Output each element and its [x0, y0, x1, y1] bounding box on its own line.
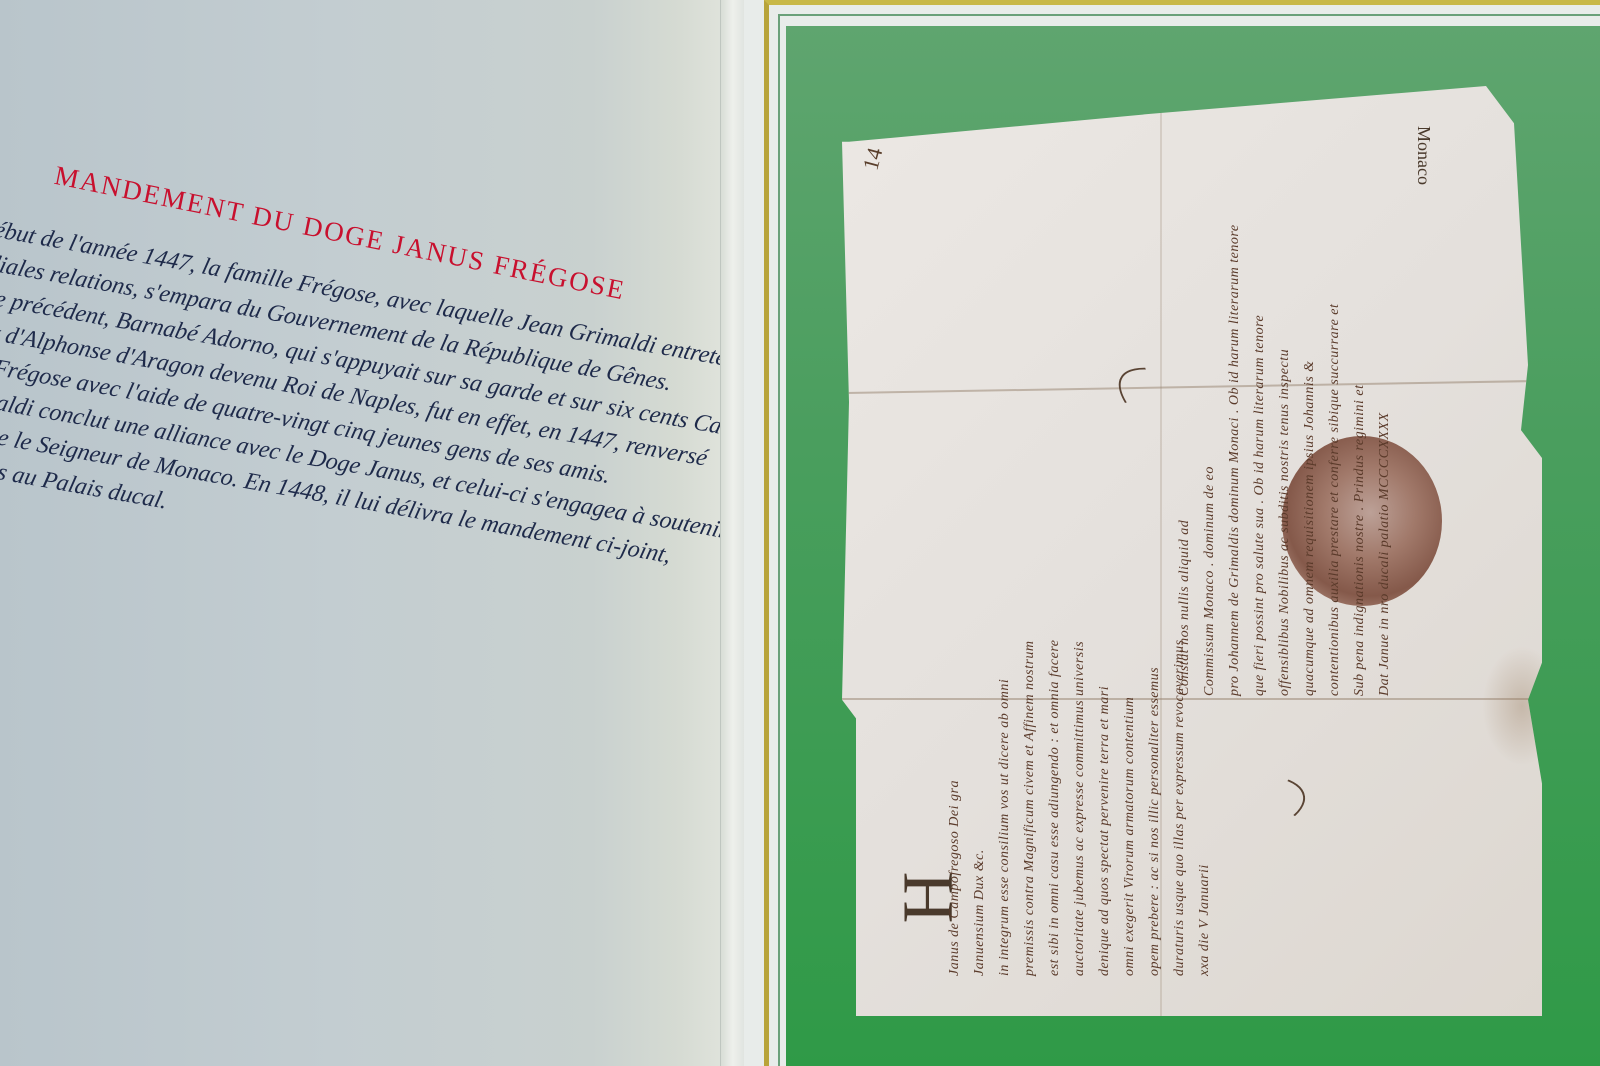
manuscript-line: Dat Janue in nro ducali palatio MCCCCXXX…	[1372, 196, 1397, 696]
manuscript-line: contentionibus auxilia prestare et confe…	[1322, 196, 1347, 696]
left-book-page: MANDEMENT DU DOGE JANUS FRÉGOSE lébut de…	[0, 0, 740, 1066]
manuscript-document: 14 Monaco H Janus de Campofregoso Dei gr…	[842, 86, 1542, 1016]
handwritten-text-block-upper: Constat nos nullis aliquid ad Commissum …	[1172, 196, 1472, 976]
manuscript-line: quacumque ad omnem requisitionem ipsius …	[1297, 196, 1322, 696]
manuscript-line: opem prebere : ac si nos illic personali…	[1142, 196, 1167, 976]
manuscript-line: denique ad quos spectat pervenire terra …	[1092, 196, 1117, 976]
manuscript-heading: Januensium Dux &c.	[967, 196, 992, 976]
folio-number: 14	[858, 145, 889, 173]
archive-mark: Monaco	[1413, 126, 1434, 185]
manuscript-line: premissis contra Magnificum civem et Aff…	[1017, 196, 1042, 976]
manuscript-heading: Janus de Campofregoso Dei gra	[942, 196, 967, 976]
manuscript-line: est sibi in omni casu esse adiungendo : …	[1042, 196, 1067, 976]
manuscript-line: omni exegerit Virorum armatorum contenti…	[1117, 196, 1142, 976]
book-gutter	[720, 0, 745, 1066]
manuscript-line: in integrum esse consilium vos ut dicere…	[992, 196, 1017, 976]
manuscript-line: Sub pena indignationis nostre . Prindus …	[1347, 196, 1372, 696]
manuscript-line: auctoritate jubemus ac expresse committi…	[1067, 196, 1092, 976]
body-paragraph: lébut de l'année 1447, la famille Frégos…	[0, 212, 740, 609]
